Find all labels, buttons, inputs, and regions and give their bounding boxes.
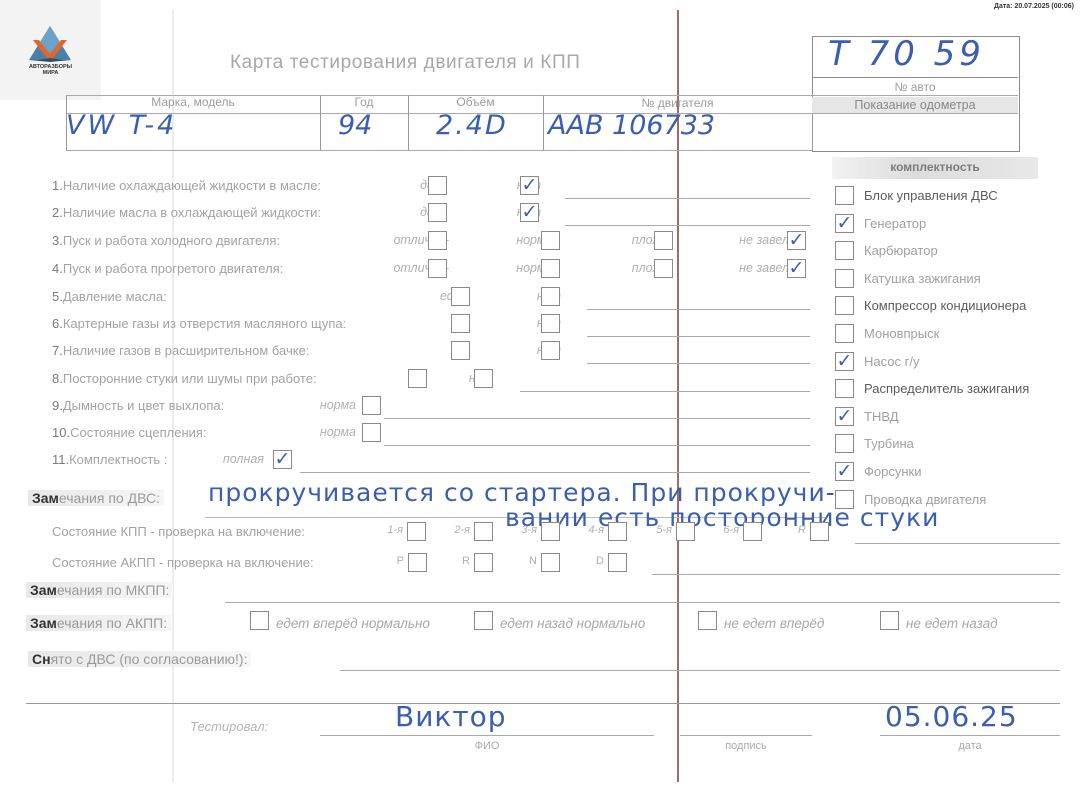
option-checkbox[interactable] [362, 396, 381, 415]
option-checkbox[interactable] [541, 231, 560, 250]
completeness-label: Турбина [864, 436, 914, 451]
option-checkbox[interactable]: ✓ [787, 259, 806, 278]
completeness-checkbox[interactable] [835, 186, 854, 205]
akpp-remark-checkbox[interactable] [698, 611, 717, 630]
answer-line[interactable] [587, 336, 810, 337]
odometer-value[interactable] [812, 113, 1018, 150]
checkmark-icon: ✓ [836, 463, 853, 480]
make-model-value[interactable]: VW T-4 [66, 110, 177, 141]
question-number: 1. [52, 178, 63, 193]
akpp-remark-label: не едет назад [906, 616, 998, 631]
question-number: 6. [52, 316, 63, 331]
page-title: Карта тестирования двигателя и КПП [230, 52, 580, 74]
akpp-remark-checkbox[interactable] [250, 611, 269, 630]
option-checkbox[interactable] [541, 259, 560, 278]
question-number: 5. [52, 289, 63, 304]
gear-checkbox[interactable] [608, 522, 627, 541]
option-checkbox[interactable] [451, 341, 470, 360]
completeness-checkbox[interactable]: ✓ [835, 352, 854, 371]
checkmark-icon: ✓ [836, 215, 853, 232]
answer-line[interactable] [587, 363, 810, 364]
question-number: 3. [52, 233, 63, 248]
remarks-dvs-line2[interactable]: вании есть посторонние стуки [505, 503, 939, 532]
completeness-label: Насос г/у [864, 354, 919, 369]
answer-line[interactable] [520, 391, 810, 392]
answer-line[interactable] [565, 225, 810, 226]
header-odometer: Показание одометра [812, 98, 1018, 112]
gear-checkbox[interactable] [541, 522, 560, 541]
check-question: 7.Наличие газов в расширительном бачке: [52, 343, 309, 358]
mode-label: R [462, 555, 470, 567]
option-checkbox[interactable] [428, 203, 447, 222]
header-make-model: Марка, модель [66, 95, 320, 109]
question-number: 2. [52, 205, 63, 220]
completeness-checkbox[interactable] [835, 379, 854, 398]
option-checkbox[interactable]: ✓ [787, 231, 806, 250]
remarks-akpp-label: Замечания по АКПП: [26, 615, 171, 631]
mode-checkbox[interactable] [474, 553, 493, 572]
completeness-label: ТНВД [864, 409, 899, 424]
signature-field[interactable] [680, 717, 812, 735]
option-checkbox[interactable] [654, 259, 673, 278]
completeness-checkbox[interactable] [835, 324, 854, 343]
option-checkbox[interactable] [654, 231, 673, 250]
gear-label: 3-я [521, 524, 537, 536]
gear-label: 5-я [656, 524, 672, 536]
completeness-checkbox[interactable] [835, 241, 854, 260]
removed-label: Снято с ДВС (по согласованию!): [28, 651, 251, 667]
header-engine-number: № двигателя [543, 96, 812, 110]
option-label: норма [320, 425, 356, 439]
mode-label: N [529, 555, 537, 567]
answer-line[interactable] [565, 198, 810, 199]
mode-checkbox[interactable] [541, 553, 560, 572]
gear-label: 6-я [723, 524, 739, 536]
akpp-remark-checkbox[interactable] [474, 611, 493, 630]
completeness-label: Распределитель зажигания [864, 381, 1029, 396]
tested-by-label: Тестировал: [190, 719, 268, 734]
gear-label: R [798, 524, 806, 536]
akpp-remark-label: не едет вперёд [724, 616, 824, 631]
gear-label: 1-я [387, 524, 403, 536]
answer-line[interactable] [384, 418, 810, 419]
option-checkbox[interactable] [451, 314, 470, 333]
volume-value[interactable]: 2.4D [436, 110, 508, 141]
logo-block: АВТОРАЗБОРЫ МИРА [0, 0, 101, 100]
option-checkbox[interactable] [428, 176, 447, 195]
check-question: 1.Наличие охлаждающей жидкости в масле: [52, 178, 321, 193]
answer-line[interactable] [300, 472, 810, 473]
mode-checkbox[interactable] [608, 553, 627, 572]
check-question: 6.Картерные газы из отверстия масляного … [52, 316, 346, 331]
option-checkbox[interactable] [541, 287, 560, 306]
gear-checkbox[interactable] [407, 522, 426, 541]
question-number: 10. [52, 425, 70, 440]
checkmark-icon: ✓ [836, 353, 853, 370]
answer-line[interactable] [587, 309, 810, 310]
completeness-checkbox[interactable]: ✓ [835, 462, 854, 481]
question-label: Комплектность : [69, 452, 167, 467]
option-checkbox[interactable] [451, 287, 470, 306]
option-label: норма [320, 398, 356, 412]
mode-label: P [397, 555, 404, 567]
question-label: Состояние сцепления: [70, 425, 206, 440]
gear-checkbox[interactable] [474, 522, 493, 541]
check-question: 11.Комплектность : [52, 452, 167, 467]
question-number: 7. [52, 343, 63, 358]
mode-checkbox[interactable] [408, 553, 427, 572]
question-number: 4. [52, 261, 63, 276]
header-year: Год [320, 95, 408, 109]
check-question: 3.Пуск и работа холодного двигателя: [52, 233, 280, 248]
date-stamp: Дата: 20.07.2025 (00:06) [994, 3, 1074, 10]
option-checkbox[interactable] [408, 369, 427, 388]
logo-text-line2: МИРА [0, 70, 101, 77]
option-checkbox[interactable] [541, 341, 560, 360]
gear-label: 2-я [454, 524, 470, 536]
name-caption: ФИО [320, 740, 654, 752]
option-checkbox[interactable] [428, 259, 447, 278]
car-number-value[interactable]: T 70 59 [828, 34, 985, 74]
question-label: Наличие охлаждающей жидкости в масле: [63, 178, 321, 193]
checkmark-icon: ✓ [521, 177, 538, 194]
check-question: 5.Давление масла: [52, 289, 167, 304]
question-label: Наличие газов в расширительном бачке: [63, 343, 310, 358]
checkmark-icon: ✓ [274, 451, 291, 468]
checkmark-icon: ✓ [788, 260, 805, 277]
engine-number-value[interactable]: AAB 106733 [548, 110, 715, 141]
option-checkbox[interactable]: ✓ [520, 203, 539, 222]
question-label: Пуск и работа прогретого двигателя: [63, 261, 283, 276]
completeness-label: Карбюратор [864, 243, 938, 258]
option-checkbox[interactable] [428, 231, 447, 250]
check-question: 4.Пуск и работа прогретого двигателя: [52, 261, 283, 276]
question-label: Посторонние стуки или шумы при работе: [63, 371, 317, 386]
completeness-label: Блок управления ДВС [864, 188, 998, 203]
test-date[interactable]: 05.06.25 [885, 700, 1018, 733]
question-number: 11. [52, 452, 69, 467]
gear-label: 4-я [588, 524, 604, 536]
question-number: 9. [52, 398, 63, 413]
year-value[interactable]: 94 [338, 110, 372, 141]
option-checkbox[interactable]: ✓ [273, 450, 292, 469]
header-volume: Объём [408, 95, 543, 109]
tester-name[interactable]: Виктор [395, 700, 507, 733]
akpp-remark-label: едет назад нормально [500, 616, 645, 631]
completeness-checkbox[interactable]: ✓ [835, 214, 854, 233]
date-caption: дата [880, 740, 1060, 752]
check-question: 2.Наличие масла в охлаждающей жидкости: [52, 205, 321, 220]
remarks-dvs-label: Замечания по ДВС: [28, 490, 164, 506]
question-label: Дымность и цвет выхлопа: [63, 398, 224, 413]
option-checkbox[interactable] [474, 369, 493, 388]
option-checkbox[interactable]: ✓ [520, 176, 539, 195]
completeness-label: Катушка зажигания [864, 271, 981, 286]
completeness-label: Моновпрыск [864, 326, 939, 341]
completeness-label: Форсунки [864, 464, 921, 479]
akpp-remark-label: едет вперёд нормально [276, 616, 430, 631]
gear-checkbox[interactable] [743, 522, 762, 541]
option-label: полная [223, 452, 264, 466]
akpp-remark-checkbox[interactable] [880, 611, 899, 630]
checkmark-icon: ✓ [836, 408, 853, 425]
completeness-label: Генератор [864, 216, 926, 231]
answer-line[interactable] [384, 445, 810, 446]
question-label: Пуск и работа холодного двигателя: [63, 233, 280, 248]
check-question: 10.Состояние сцепления: [52, 425, 207, 440]
completeness-title: комплектность [832, 160, 1038, 174]
question-label: Давление масла: [63, 289, 167, 304]
check-question: 9.Дымность и цвет выхлопа: [52, 398, 224, 413]
completeness-checkbox[interactable]: ✓ [835, 407, 854, 426]
question-label: Картерные газы из отверстия масляного щу… [63, 316, 346, 331]
gear-checkbox[interactable] [676, 522, 695, 541]
signature-caption: подпись [680, 740, 812, 752]
option-checkbox[interactable] [362, 423, 381, 442]
gear-checkbox[interactable] [810, 522, 829, 541]
car-number-label: № авто [812, 80, 1018, 94]
remarks-mkpp-label: Замечания по МКПП: [26, 582, 173, 598]
completeness-checkbox[interactable] [835, 269, 854, 288]
completeness-label: Компрессор кондиционера [864, 298, 1026, 313]
akpp-check-label: Состояние АКПП - проверка на включение: [52, 555, 314, 570]
checkmark-icon: ✓ [788, 232, 805, 249]
option-checkbox[interactable] [541, 314, 560, 333]
completeness-checkbox[interactable] [835, 434, 854, 453]
completeness-checkbox[interactable] [835, 296, 854, 315]
mode-label: D [596, 555, 604, 567]
check-question: 8.Посторонние стуки или шумы при работе: [52, 371, 317, 386]
checkmark-icon: ✓ [521, 204, 538, 221]
question-label: Наличие масла в охлаждающей жидкости: [63, 205, 321, 220]
mountain-v-logo-icon [27, 24, 73, 64]
question-number: 8. [52, 371, 63, 386]
kpp-check-label: Состояние КПП - проверка на включение: [52, 524, 305, 539]
